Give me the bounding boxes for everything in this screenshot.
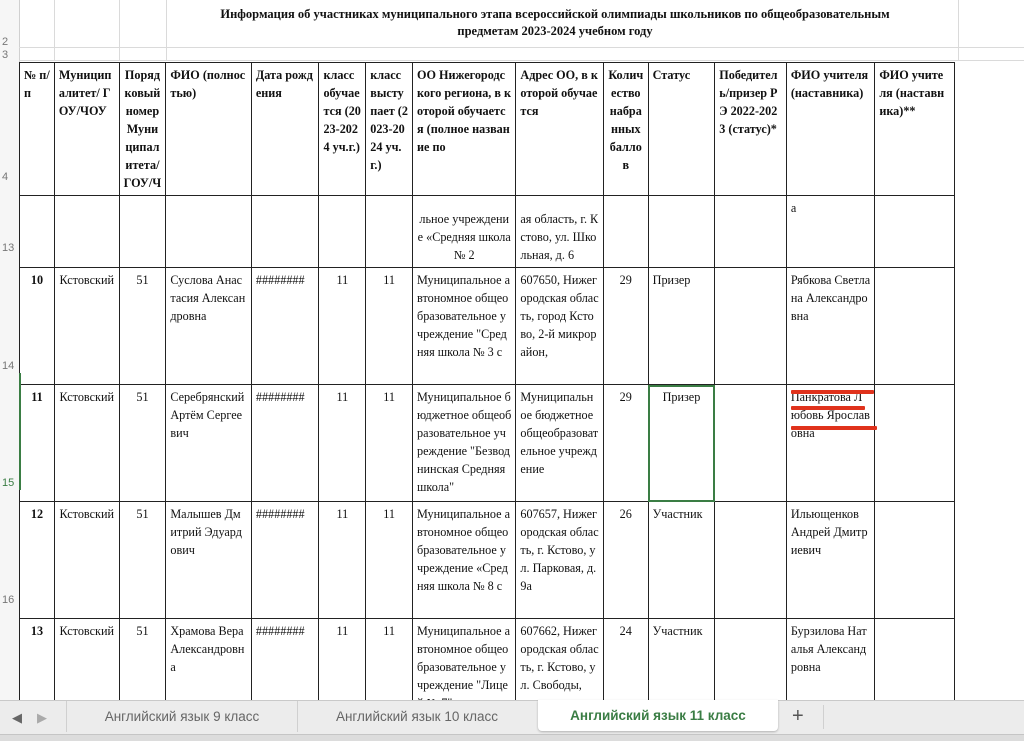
status-cell[interactable]: Призер <box>648 268 715 385</box>
table-row: 13 Кстовский 51 Храмова Вера Александров… <box>20 619 1024 701</box>
class-compete-cell[interactable]: 11 <box>366 385 413 502</box>
teacher2-cell[interactable] <box>875 385 955 502</box>
class-study-cell[interactable]: 11 <box>319 385 366 502</box>
teacher-cell[interactable]: Панкратова Любовь Ярославовна <box>786 385 874 502</box>
school-cell[interactable]: льное учреждение «Средняя школа № 2 <box>413 196 516 268</box>
dob-cell[interactable]: ######## <box>251 502 319 619</box>
annotation-underline <box>791 390 874 394</box>
cell[interactable] <box>251 196 319 268</box>
header-cell[interactable]: Количество набранных баллов <box>603 63 648 196</box>
row-number[interactable]: 14 <box>2 360 14 372</box>
prev-status-cell[interactable] <box>715 268 787 385</box>
status-cell-selected[interactable]: Призер <box>648 385 715 502</box>
dob-cell[interactable]: ######## <box>251 385 319 502</box>
score-cell[interactable]: 24 <box>603 619 648 701</box>
address-cell[interactable]: Муниципальное бюджетное общеобразователь… <box>516 385 603 502</box>
empty-cell[interactable] <box>954 268 1024 385</box>
header-row: № п/п Муниципалитет/ ГОУ/ЧОУ Порядковый … <box>20 63 1024 196</box>
class-study-cell[interactable]: 11 <box>319 268 366 385</box>
name-cell[interactable]: Серебрянский Артём Сергеевич <box>166 385 252 502</box>
name-cell[interactable]: Малышев Дмитрий Эдуардович <box>166 502 252 619</box>
municipality-cell[interactable]: Кстовский <box>54 502 119 619</box>
cell[interactable] <box>20 196 55 268</box>
participants-table: № п/п Муниципалитет/ ГОУ/ЧОУ Порядковый … <box>19 62 1024 700</box>
row-number[interactable]: 16 <box>2 594 14 606</box>
tab-english-10[interactable]: Английский язык 10 класс <box>297 701 537 732</box>
sheet-title[interactable]: Информация об участниках муниципального … <box>150 6 960 40</box>
code-cell[interactable]: 51 <box>119 502 166 619</box>
next-sheet-icon[interactable]: ▶ <box>37 710 47 726</box>
address-cell[interactable]: ая область, г. Кстово, ул. Школьная, д. … <box>516 196 603 268</box>
row-number-cell[interactable]: 11 <box>20 385 55 502</box>
teacher2-cell[interactable] <box>875 619 955 701</box>
header-cell[interactable]: Статус <box>648 63 715 196</box>
teacher2-cell[interactable] <box>875 268 955 385</box>
gridline <box>19 60 1024 61</box>
code-cell[interactable]: 51 <box>119 619 166 701</box>
address-cell[interactable]: 607650, Нижегородская область, город Кст… <box>516 268 603 385</box>
header-cell[interactable]: ФИО учителя (наставника)** <box>875 63 955 196</box>
row-number[interactable]: 13 <box>2 242 14 254</box>
prev-status-cell[interactable] <box>715 619 787 701</box>
code-cell[interactable]: 51 <box>119 268 166 385</box>
class-study-cell[interactable]: 11 <box>319 619 366 701</box>
gridline <box>119 0 120 60</box>
empty-cell[interactable] <box>954 385 1024 502</box>
score-cell[interactable]: 29 <box>603 268 648 385</box>
annotation-underline <box>791 406 865 410</box>
spreadsheet-grid[interactable]: 2 3 4 13 14 15 16 Информация об участник… <box>0 0 1024 700</box>
score-cell[interactable]: 29 <box>603 385 648 502</box>
gridline <box>19 47 1024 48</box>
score-cell[interactable]: 26 <box>603 502 648 619</box>
class-study-cell[interactable]: 11 <box>319 502 366 619</box>
tab-english-11[interactable]: Английский язык 11 класс <box>538 700 778 731</box>
cell[interactable] <box>119 196 166 268</box>
cell[interactable] <box>875 196 955 268</box>
cell[interactable] <box>648 196 715 268</box>
row-number-cell[interactable]: 13 <box>20 619 55 701</box>
selected-row-indicator <box>19 373 21 490</box>
cell[interactable] <box>319 196 366 268</box>
prev-sheet-icon[interactable]: ◀ <box>12 710 22 726</box>
school-cell[interactable]: Муниципальное автономное общеобразовател… <box>413 502 516 619</box>
cell[interactable] <box>54 196 119 268</box>
header-cell[interactable]: Порядковый номер Муниципалитета/ ГОУ/Ч <box>119 63 166 196</box>
annotation-underline <box>791 426 877 430</box>
row-number-cell[interactable]: 10 <box>20 268 55 385</box>
empty-cell[interactable] <box>954 619 1024 701</box>
cell[interactable] <box>366 196 413 268</box>
title-line-1: Информация об участниках муниципального … <box>150 6 960 23</box>
class-compete-cell[interactable]: 11 <box>366 502 413 619</box>
empty-cell[interactable] <box>954 196 1024 268</box>
row-number[interactable]: 3 <box>2 49 8 61</box>
school-cell[interactable]: Муниципальное автономное общеобразовател… <box>413 619 516 701</box>
address-cell[interactable]: 607662, Нижегородская область, г. Кстово… <box>516 619 603 701</box>
school-cell[interactable]: Муниципальное бюджетное общеобразователь… <box>413 385 516 502</box>
status-cell[interactable]: Участник <box>648 502 715 619</box>
municipality-cell[interactable]: Кстовский <box>54 268 119 385</box>
row-number-selected[interactable]: 15 <box>2 477 14 489</box>
code-cell[interactable]: 51 <box>119 385 166 502</box>
teacher-cell[interactable]: Рябкова Светлана Александровна <box>786 268 874 385</box>
municipality-cell[interactable]: Кстовский <box>54 619 119 701</box>
title-line-2: предметам 2023-2024 учебном году <box>150 23 960 40</box>
table-row: 10 Кстовский 51 Суслова Анастасия Алекса… <box>20 268 1024 385</box>
header-cell[interactable]: Победитель/призер РЭ 2022-2023 (статус)* <box>715 63 787 196</box>
teacher-cell[interactable]: Ильющенков Андрей Дмитриевич <box>786 502 874 619</box>
prev-status-cell[interactable] <box>715 385 787 502</box>
header-cell[interactable]: ФИО учителя (наставника) <box>786 63 874 196</box>
header-cell[interactable]: класс обучается (2023-2024 уч.г.) <box>319 63 366 196</box>
cell[interactable] <box>603 196 648 268</box>
status-cell[interactable]: Участник <box>648 619 715 701</box>
cell[interactable] <box>166 196 252 268</box>
gridline <box>54 0 55 60</box>
municipality-cell[interactable]: Кстовский <box>54 385 119 502</box>
header-cell[interactable]: № п/п <box>20 63 55 196</box>
sheet-tab-bar: ◀ ▶ Английский язык 9 класс Английский я… <box>0 700 1024 734</box>
class-compete-cell[interactable]: 11 <box>366 268 413 385</box>
dob-cell[interactable]: ######## <box>251 619 319 701</box>
row-headers: 2 3 4 13 14 15 16 <box>0 0 20 700</box>
row-number[interactable]: 4 <box>2 171 8 183</box>
table-row: 12 Кстовский 51 Малышев Дмитрий Эдуардов… <box>20 502 1024 619</box>
divider <box>823 705 824 729</box>
row-number-cell[interactable]: 12 <box>20 502 55 619</box>
header-cell[interactable]: ФИО (полностью) <box>166 63 252 196</box>
dob-cell[interactable]: ######## <box>251 268 319 385</box>
school-cell[interactable]: Муниципальное автономное общеобразовател… <box>413 268 516 385</box>
add-sheet-icon[interactable]: + <box>792 705 804 728</box>
header-cell[interactable]: Дата рождения <box>251 63 319 196</box>
teacher-cell[interactable]: а <box>786 196 874 268</box>
table-row: 11 Кстовский 51 Серебрянский Артём Серге… <box>20 385 1024 502</box>
teacher2-cell[interactable] <box>875 502 955 619</box>
cell[interactable] <box>715 196 787 268</box>
header-cell[interactable]: класс выступает (2023-2024 уч.г.) <box>366 63 413 196</box>
class-compete-cell[interactable]: 11 <box>366 619 413 701</box>
address-cell[interactable]: 607657, Нижегородская область, г. Кстово… <box>516 502 603 619</box>
status-bar <box>0 734 1024 741</box>
empty-cell[interactable] <box>954 63 1024 196</box>
name-cell[interactable]: Храмова Вера Александровна <box>166 619 252 701</box>
header-cell[interactable]: Адрес ОО, в которой обучается <box>516 63 603 196</box>
teacher-cell[interactable]: Бурзилова Наталья Александровна <box>786 619 874 701</box>
header-cell[interactable]: Муниципалитет/ ГОУ/ЧОУ <box>54 63 119 196</box>
header-cell[interactable]: ОО Нижегородского региона, в которой обу… <box>413 63 516 196</box>
empty-cell[interactable] <box>954 502 1024 619</box>
prev-status-cell[interactable] <box>715 502 787 619</box>
table-row-partial: льное учреждение «Средняя школа № 2 ая о… <box>20 196 1024 268</box>
tab-english-9[interactable]: Английский язык 9 класс <box>66 701 298 732</box>
row-number[interactable]: 2 <box>2 36 8 48</box>
name-cell[interactable]: Суслова Анастасия Александровна <box>166 268 252 385</box>
